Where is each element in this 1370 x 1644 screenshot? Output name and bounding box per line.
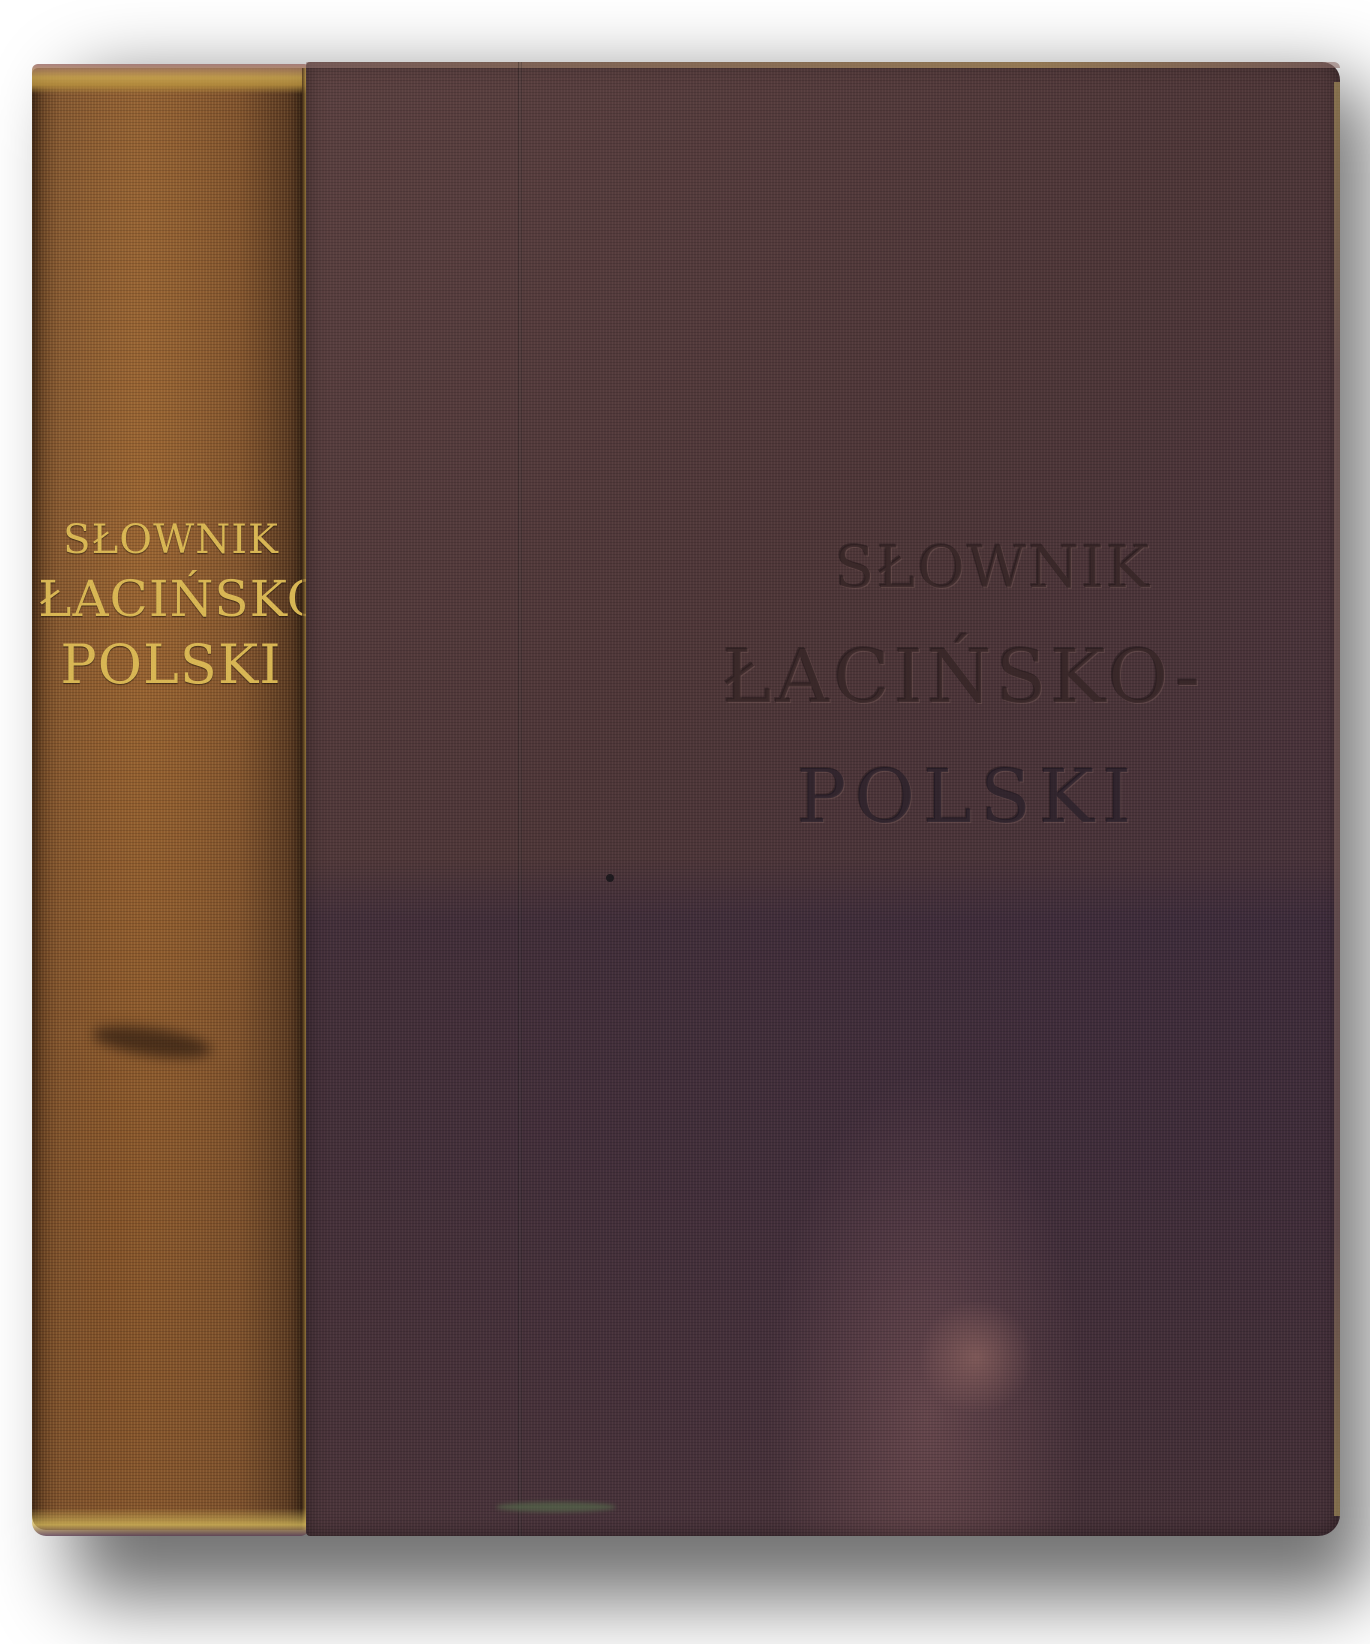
spine-title: SŁOWNIK ŁACIŃSKO- POLSKI	[32, 513, 310, 699]
spine-title-line-2: ŁACIŃSKO-	[38, 567, 310, 631]
cover-top-edge	[306, 62, 1340, 68]
book-spine: SŁOWNIK ŁACIŃSKO- POLSKI	[32, 68, 310, 1530]
cover-embossed-title: SŁOWNIK ŁACIŃSKO- POLSKI	[306, 517, 1340, 857]
cover-title-line-3: POLSKI	[596, 737, 1340, 857]
cover-title-line-2: ŁACIŃSKO-	[586, 617, 1340, 737]
cover-green-mark	[496, 1502, 616, 1512]
book-photo-scene: SŁOWNIK ŁACIŃSKO- POLSKI SŁOWNIK ŁACIŃSK…	[0, 0, 1370, 1644]
spine-stain	[91, 1020, 214, 1064]
spine-frayed-top-edge	[32, 64, 310, 94]
cover-title-line-1: SŁOWNIK	[646, 517, 1340, 617]
spine-title-line-3: POLSKI	[32, 631, 310, 699]
spine-title-line-1: SŁOWNIK	[32, 513, 310, 567]
book-front-cover: SŁOWNIK ŁACIŃSKO- POLSKI	[306, 62, 1340, 1536]
cover-faded-stain	[916, 1302, 1036, 1412]
cover-ink-spot	[606, 874, 614, 882]
spine-frayed-bottom-edge	[32, 1508, 310, 1536]
